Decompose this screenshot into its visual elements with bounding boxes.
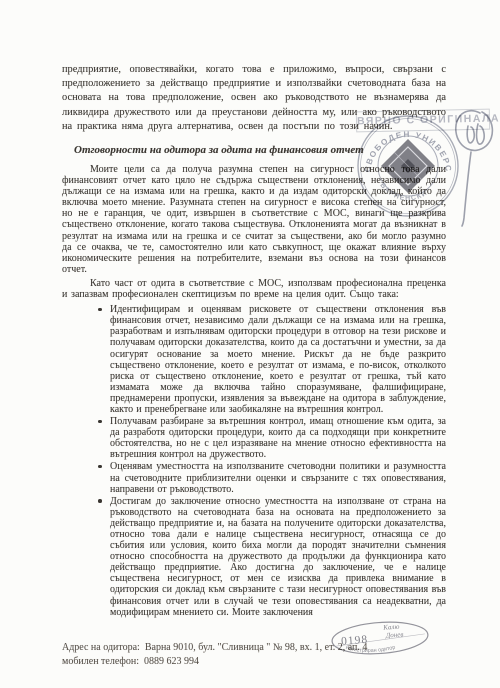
address-label: Адрес на одитора: [62, 642, 140, 653]
bullet-item-risk-assessment: Идентифицирам и оценявам рисковете от съ… [62, 304, 446, 415]
phone-label: мобилен телефон: [62, 656, 139, 667]
bullet-list: Идентифицирам и оценявам рисковете от съ… [62, 304, 446, 618]
bullet-item-going-concern: Достигам до заключение относно уместност… [62, 496, 446, 618]
seal-diamond-emblem [381, 139, 435, 193]
signature [438, 100, 500, 230]
auditor-last-name: Донев [385, 630, 404, 639]
bullet-item-internal-control: Получавам разбиране за вътрешния контрол… [62, 416, 446, 460]
signature-strokes [456, 111, 493, 226]
bullet-item-accounting-policies: Оценявам уместността на използваните сче… [62, 461, 446, 494]
scanned-audit-report-page: предприятие, оповестявайки, когато това … [0, 0, 500, 688]
auditor-oval-stamp: 0198 Калю Донев Регистриран одитор [328, 616, 432, 662]
auditor-number: 0198 [341, 634, 369, 648]
phone-value: 0889 623 994 [144, 656, 199, 667]
paragraph-professional-skepticism: Като част от одита в съответствие с МОС,… [62, 278, 446, 300]
